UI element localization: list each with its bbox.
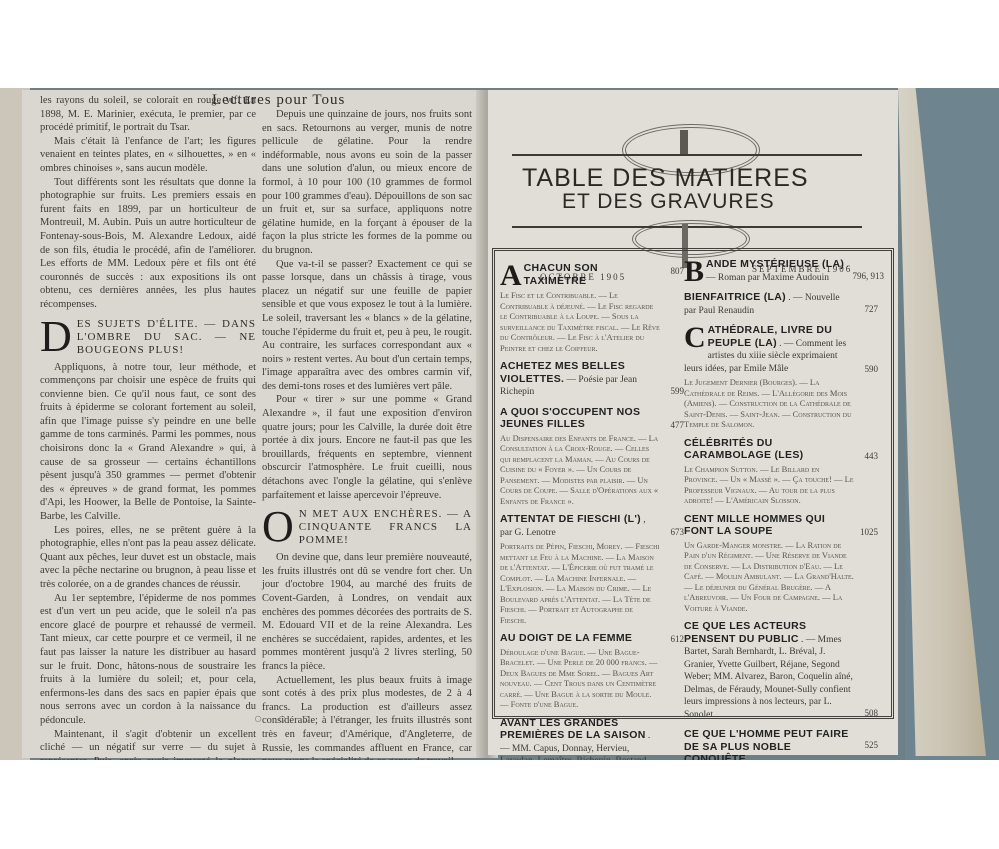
toc-column-right: B ande mystérieuse (La) . — Roman par Ma… bbox=[684, 258, 854, 760]
drop-cap: O bbox=[262, 508, 295, 546]
paragraph: les rayons du soleil, se colorait en rou… bbox=[40, 94, 256, 135]
entry-title: Bienfaitrice (La) bbox=[684, 291, 786, 303]
entry-title: A quoi s'occupent nos jeunes filles bbox=[500, 406, 660, 431]
entry-page: 590 bbox=[865, 364, 879, 375]
left-page: Lectures pour Tous les rayons du soleil,… bbox=[22, 90, 488, 758]
entry-title: chacun son taximètre bbox=[500, 262, 660, 287]
left-column-2: Depuis une quinzaine de jours, nos fruit… bbox=[262, 108, 472, 760]
entry-title: Ce que l'homme peut faire de sa plus nob… bbox=[684, 728, 849, 760]
entry-page: 525 bbox=[865, 740, 879, 751]
paragraph: Au 1er septembre, l'épiderme de nos pomm… bbox=[40, 592, 256, 728]
paragraph: Maintenant, il s'agit d'obtenir un excel… bbox=[40, 728, 256, 760]
toc-subtitle: ET DES GRAVURES bbox=[562, 190, 775, 214]
toc-entry[interactable]: A chacun son taximètre Le Fisc et le Con… bbox=[500, 262, 660, 353]
entry-page: 612 bbox=[671, 634, 685, 645]
entry-title: Avant les grandes premières de la saison bbox=[500, 717, 646, 742]
toc-entry[interactable]: A quoi s'occupent nos jeunes filles Au D… bbox=[500, 406, 660, 507]
toc-entry[interactable]: B ande mystérieuse (La) . — Roman par Ma… bbox=[684, 258, 854, 284]
entry-page: 807 bbox=[671, 266, 685, 277]
right-page: TABLE DES MATIERES ET DES GRAVURES OCTOB… bbox=[488, 90, 898, 755]
toc-entry[interactable]: Bienfaitrice (La) . — Nouvelle par Paul … bbox=[684, 291, 854, 317]
entry-page: 727 bbox=[865, 304, 879, 315]
toc-entry[interactable]: Attentat de Fieschi (L') , par G. Lenotr… bbox=[500, 513, 660, 625]
entry-subitems: Un Garde-Manger monstre. — La Ration de … bbox=[684, 540, 854, 614]
toc-entry[interactable]: Au doigt de la femme Déroulage d'une Bag… bbox=[500, 632, 660, 710]
paragraph: Mais c'était là l'enfance de l'art; les … bbox=[40, 135, 256, 176]
section-heading-1: D es sujets d'élite. — Dans l'ombre du s… bbox=[40, 318, 256, 357]
entry-page: 1025 bbox=[860, 527, 878, 538]
section-heading-2: O n met aux enchères. — A cinquante fran… bbox=[262, 508, 472, 547]
entry-title: Cent mille hommes qui font la soupe bbox=[684, 513, 854, 538]
toc-entry[interactable]: Avant les grandes premières de la saison… bbox=[500, 717, 660, 761]
entry-page: 508 bbox=[865, 708, 879, 719]
torch-icon bbox=[680, 130, 688, 156]
paragraph: Les poires, elles, ne se prêtent guère à… bbox=[40, 524, 256, 592]
entry-title: Célébrités du carambolage (Les) bbox=[684, 437, 854, 462]
paragraph: On devine que, dans leur première nouvea… bbox=[262, 551, 472, 673]
entry-subitems: Le Champion Sutton. — Le Billard en Prov… bbox=[684, 464, 854, 506]
entry-page: 599 bbox=[671, 386, 685, 397]
paragraph: Tout différents sont les résultats que d… bbox=[40, 176, 256, 312]
entry-subitems: Déroulage d'une Bague. — Une Bague-Brace… bbox=[500, 647, 660, 710]
entry-subitems: Le Jugement Dernier (Bourges). — La Cath… bbox=[684, 377, 854, 430]
paragraph: Que va-t-il se passer? Exactement ce qui… bbox=[262, 258, 472, 394]
entry-title: Au doigt de la femme bbox=[500, 632, 660, 645]
toc-entry[interactable]: Ce que l'homme peut faire de sa plus nob… bbox=[684, 728, 854, 760]
toc-entry[interactable]: Cent mille hommes qui font la soupe Un G… bbox=[684, 513, 854, 614]
toc-column-left: A chacun son taximètre Le Fisc et le Con… bbox=[500, 262, 660, 760]
toc-header: TABLE DES MATIERES ET DES GRAVURES OCTOB… bbox=[502, 124, 882, 234]
entry-page: 443 bbox=[865, 451, 879, 462]
end-ornament: ○ ○ ○ bbox=[254, 712, 316, 728]
entry-title: ande mystérieuse (La) bbox=[706, 258, 844, 270]
entry-subitems: Portraits de Pépin, Fieschi, Morey. — Fi… bbox=[500, 541, 660, 625]
entry-desc: . — Mmes Bartet, Sarah Bernhardt, L. Bré… bbox=[684, 635, 853, 720]
entry-subitems: Au Dispensaire des Enfants de France. — … bbox=[500, 433, 660, 507]
paragraph: Depuis une quinzaine de jours, nos fruit… bbox=[262, 108, 472, 258]
toc-entry[interactable]: Ce que les acteurs pensent du public . —… bbox=[684, 620, 854, 721]
toc-entry[interactable]: Célébrités du carambolage (Les) Le Champ… bbox=[684, 437, 854, 506]
entry-title: Attentat de Fieschi (L') bbox=[500, 513, 641, 525]
entry-page: 796, 913 bbox=[853, 271, 885, 282]
entry-title: Ce que les acteurs pensent du public bbox=[684, 620, 806, 645]
entry-page: 477 bbox=[671, 420, 685, 431]
toc-title: TABLE DES MATIERES bbox=[522, 164, 809, 193]
entry-page: 673 bbox=[671, 527, 685, 538]
entry-subitems: Le Fisc et le Contribuable. — Le Contrib… bbox=[500, 290, 660, 353]
left-column-1: les rayons du soleil, se colorait en rou… bbox=[40, 94, 256, 760]
book-photo: Lectures pour Tous les rayons du soleil,… bbox=[0, 88, 999, 760]
toc-entry[interactable]: C athédrale, livre du peuple (La) . — Co… bbox=[684, 324, 854, 430]
drop-cap: D bbox=[40, 318, 73, 356]
paragraph: Appliquons, à notre tour, leur méthode, … bbox=[40, 361, 256, 524]
toc-entry[interactable]: Achetez mes belles violettes. — Poésie p… bbox=[500, 360, 660, 399]
paragraph: Pour « tirer » sur une pomme « Grand Ale… bbox=[262, 393, 472, 502]
entry-desc: . bbox=[748, 755, 750, 760]
